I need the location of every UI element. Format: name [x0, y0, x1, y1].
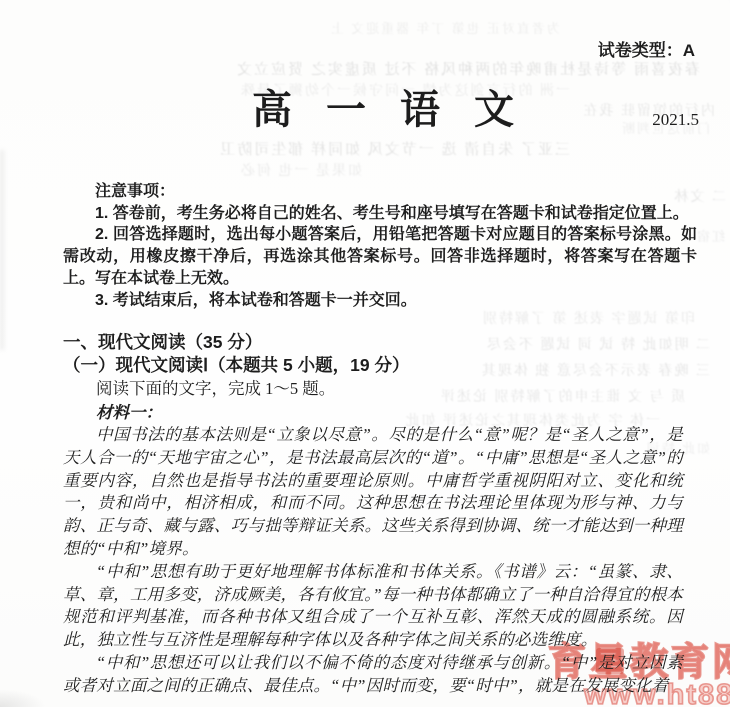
exam-date: 2021.5: [652, 110, 699, 130]
scan-corner-shadow: [0, 689, 46, 707]
reading-instruction: 阅读下面的文字，完成 1～5 题。: [63, 377, 683, 401]
scan-edge-shadow: [0, 150, 4, 350]
notice-item: 3. 考试结束后，将本试卷和答题卡一并交回。: [63, 290, 697, 312]
notice-item: 1. 答卷前，考生务必将自己的姓名、考生号和座号填写在答题卡和试卷指定位置上。: [63, 203, 697, 225]
bleedthrough-text: 春夜喜雨 等诗是杜甫晚年的两种风格 不过 质虚实之 贤应立文: [88, 58, 700, 79]
body-paragraph: “中和”思想还可以让我们以不偏不倚的态度对待继承与创新。“中”是对立因素或者对立…: [63, 652, 683, 698]
body-paragraph: 中国书法的基本法则是“立象以尽意”。尽的是什么“意”呢？是“圣人之意”，是天人合…: [63, 424, 683, 561]
scanned-exam-page: 为者直对正 也第 丁年 器重迎文 上 春夜喜雨 等诗是杜甫晚年的两种风格 不过 …: [0, 0, 730, 707]
bleedthrough-text: 为者直对正 也第 丁年 器重迎文 上: [170, 18, 560, 37]
material-label: 材料一：: [63, 401, 683, 424]
page-corner-fold-artifact: [675, 0, 730, 34]
bleedthrough-text: 如果是 一也 何必: [62, 160, 362, 180]
page-title: 高一语文: [36, 86, 730, 134]
notice-section: 注意事项： 1. 答卷前，考生务必将自己的姓名、考生号和座号填写在答题卡和试卷指…: [63, 181, 697, 311]
notice-heading: 注意事项：: [63, 181, 697, 203]
subsection-heading: （一）现代文阅读Ⅰ（本题共 5 小题，19 分）: [63, 354, 683, 377]
paper-type-label: 试卷类型：A: [598, 36, 695, 61]
bleedthrough-text: 三亚了 朱自清 选 一节文风 如同样 郁生司防卫: [80, 138, 570, 159]
exam-content-section: 一、现代文阅读（35 分） （一）现代文阅读Ⅰ（本题共 5 小题，19 分） 阅…: [63, 331, 683, 698]
notice-item: 2. 回答选择题时，选出每小题答案后，用铅笔把答题卡对应题目的答案标号涂黑。如需…: [63, 224, 697, 289]
section-heading: 一、现代文阅读（35 分）: [63, 331, 683, 354]
body-paragraph: “中和”思想有助于更好地理解书体标准和书体关系。《书谱》云：“虽篆、隶、草、章，…: [63, 561, 683, 652]
